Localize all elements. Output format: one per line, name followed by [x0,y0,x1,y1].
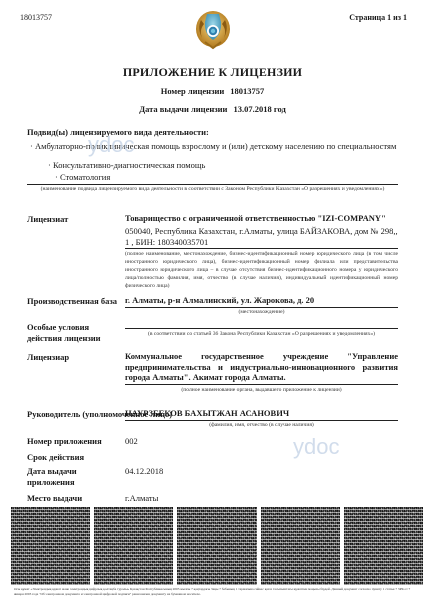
special-conditions-note: (в соответствии со статьей 36 Закона Рес… [125,331,398,339]
production-base-value: г. Алматы, р-н Алмалинский, ул. Жарокова… [125,295,398,306]
subtype-item: Консультативно-диагностическая помощь [48,160,205,170]
licensee-name: Товарищество с ограниченной ответственно… [125,213,398,224]
licensor-value: Коммунальное государственное учреждение … [125,351,398,383]
divider [125,420,398,421]
licensee-note: (полное наименование, местонахождение, б… [125,250,398,291]
barcode-icon [11,507,90,585]
divider [125,384,398,385]
subtype-item: Амбулаторно-поликлиническая помощь взрос… [30,141,396,151]
document-number: 18013757 [20,13,52,22]
licensor-note: (полное наименование органа, выдавшего п… [125,387,398,395]
issue-place-value: г.Алматы [125,493,398,504]
divider [27,184,398,185]
annex-date-value: 04.12.2018 [125,466,398,477]
production-base-label: Производственная база [27,296,117,307]
special-conditions-label: Особые условия действия лицензии [27,322,117,343]
barcode-strip [11,507,423,585]
legal-footer: Осы құжат «Электрондық құжат және электр… [14,587,414,598]
barcode-icon [344,507,423,585]
validity-label: Срок действия [27,452,84,463]
license-date-line: Дата выдачи лицензии13.07.2018 год [0,104,425,114]
divider [125,307,398,308]
licensee-address: 050040, Республика Казахстан, г.Алматы, … [125,226,398,248]
barcode-icon [261,507,340,585]
divider [125,328,398,329]
watermark: ydoc [293,434,339,460]
head-note: (фамилия, имя, отчество (в случае наличи… [125,422,398,430]
state-emblem-icon [193,8,233,50]
barcode-icon [94,507,173,585]
license-date-label: Дата выдачи лицензии [139,104,227,114]
licensor-label: Лицензиар [27,352,69,363]
licensee-label: Лицензиат [27,214,68,225]
annex-date-label: Дата выдачи приложения [27,466,107,487]
barcode-icon [177,507,256,585]
page-title: ПРИЛОЖЕНИЕ К ЛИЦЕНЗИИ [0,65,425,80]
production-base-note: (местонахождение) [125,309,398,317]
page-indicator: Страница 1 из 1 [349,13,407,22]
subtypes-note: (наименование подвида лицензируемого вид… [27,186,398,194]
issue-place-label: Место выдачи [27,493,82,504]
divider [125,248,398,249]
license-number-label: Номер лицензии [161,86,225,96]
annex-number-value: 002 [125,436,398,447]
watermark: ydoc [88,132,134,158]
subtype-item: Стоматология [55,172,110,182]
head-value: НАУРЗБЕКОВ БАХЫТЖАН АСАНОВИЧ [125,408,398,419]
annex-number-label: Номер приложения [27,436,102,447]
license-date-value: 13.07.2018 год [233,104,285,114]
license-number-line: Номер лицензии18013757 [0,86,425,96]
license-number-value: 18013757 [230,86,264,96]
